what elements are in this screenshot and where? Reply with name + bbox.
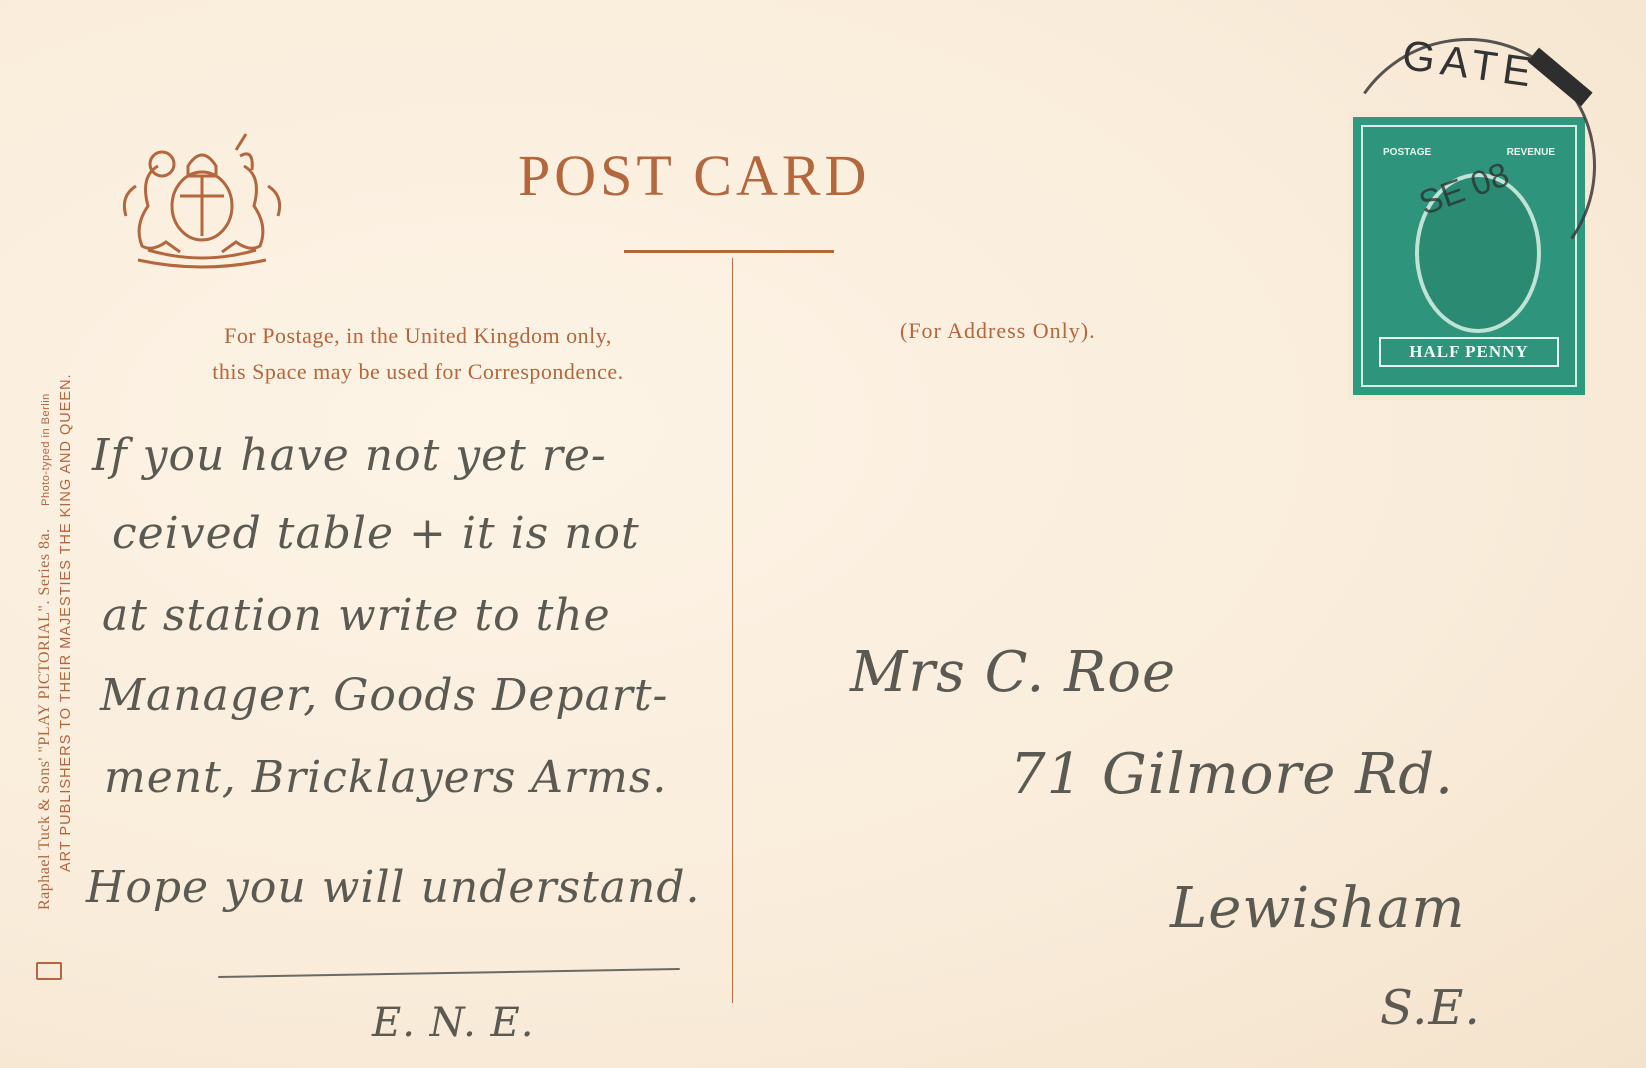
royal-coat-of-arms-icon (118, 126, 286, 276)
message-line: If you have not yet re- (92, 430, 607, 481)
stamp-value: HALF PENNY (1379, 337, 1559, 367)
publisher-imprint: Raphael Tuck & Sons' "PLAY PICTORIAL". S… (36, 373, 74, 910)
publisher-line-2: ART PUBLISHERS TO THEIR MAJESTIES THE KI… (58, 373, 74, 910)
message-line: Hope you will understand. (86, 862, 701, 913)
postcard: Raphael Tuck & Sons' "PLAY PICTORIAL". S… (0, 0, 1646, 1068)
address-line: 71 Gilmore Rd. (1010, 742, 1454, 807)
correspondence-note: For Postage, in the United Kingdom only,… (108, 318, 728, 390)
address-line: Mrs C. Roe (850, 640, 1176, 705)
signature-underline (218, 968, 680, 978)
postcard-title: POST CARD (518, 142, 870, 209)
correspondence-note-line-1: For Postage, in the United Kingdom only, (108, 318, 728, 354)
address-line: Lewisham (1170, 876, 1465, 941)
message-line: ceived table + it is not (112, 508, 640, 559)
title-rule (624, 250, 834, 253)
publisher-logo-icon (36, 962, 62, 980)
correspondence-note-line-2: this Space may be used for Correspondenc… (108, 354, 728, 390)
publisher-line-1: Raphael Tuck & Sons' "PLAY PICTORIAL". S… (36, 528, 53, 910)
message-line: Manager, Goods Depart- (100, 670, 668, 721)
message-line: at station write to the (102, 590, 611, 641)
signature: E. N. E. (372, 1000, 534, 1046)
address-note: (For Address Only). (900, 318, 1096, 344)
center-divider (732, 258, 733, 1003)
publisher-printed-note: Photo-typed in Berlin (40, 393, 52, 506)
address-line: S.E. (1380, 980, 1481, 1036)
message-line: ment, Bricklayers Arms. (104, 752, 667, 803)
